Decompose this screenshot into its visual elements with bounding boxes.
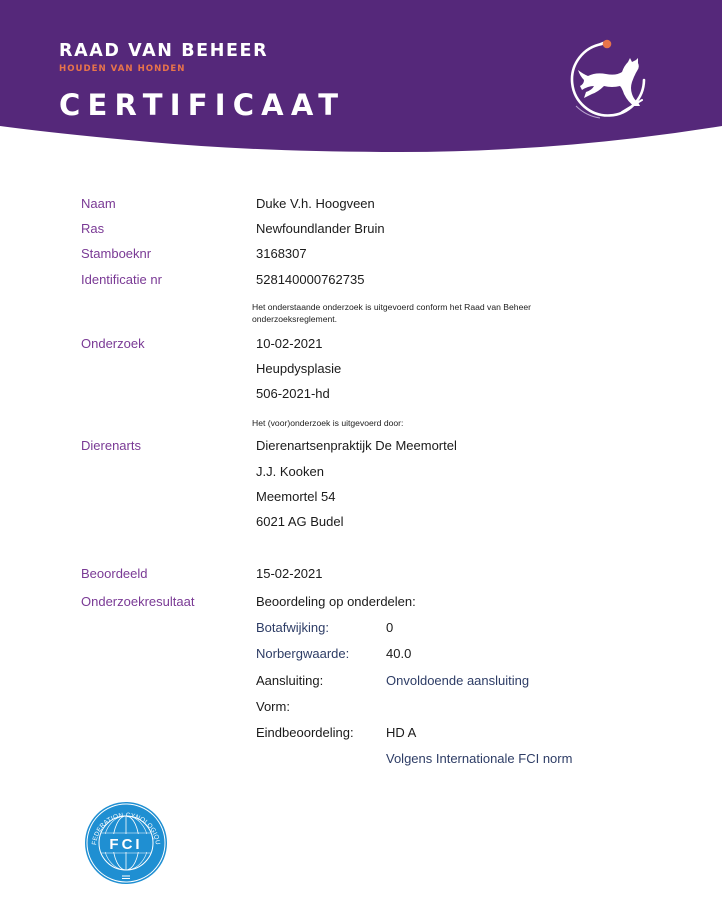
row-examination: Onderzoek 10-02-2021: [0, 335, 722, 355]
examination-reference: 506-2021-hd: [256, 385, 330, 403]
row-veterinarian: Dierenarts Dierenartsenpraktijk De Meemo…: [0, 437, 722, 457]
regulation-note-line2: onderzoeksreglement.: [252, 314, 337, 325]
examination-label: Onderzoek: [81, 335, 145, 353]
organization-tagline: HOUDEN VAN HONDEN: [59, 64, 185, 74]
name-label: Naam: [81, 195, 116, 213]
examination-date: 10-02-2021: [256, 335, 323, 353]
fci-seal-icon: FCI FEDERATION CYNOLOGIQUE INTERNATIONAL…: [84, 801, 168, 885]
bone-deviation-label: Botafwijking:: [256, 619, 329, 637]
assessment-item: Eindbeoordeling: HD A: [0, 724, 722, 744]
row-veterinarian-address: Meemortel 54: [0, 488, 722, 508]
dog-breed: Newfoundlander Bruin: [256, 220, 385, 238]
fci-norm-note: Volgens Internationale FCI norm: [386, 750, 572, 768]
assessed-label: Beoordeeld: [81, 565, 148, 583]
veterinarian-name: J.J. Kooken: [256, 463, 324, 481]
final-assessment-label: Eindbeoordeling:: [256, 724, 354, 742]
document-title: CERTIFICAAT: [59, 88, 345, 122]
norberg-value: 40.0: [386, 645, 411, 663]
dog-name: Duke V.h. Hoogveen: [256, 195, 375, 213]
studbook-label: Stamboeknr: [81, 245, 151, 263]
svg-text:FCI: FCI: [109, 836, 142, 853]
final-assessment-value: HD A: [386, 724, 416, 742]
row-examination-type: Heupdysplasie: [0, 360, 722, 380]
veterinarian-label: Dierenarts: [81, 437, 141, 455]
veterinarian-postal-city: 6021 AG Budel: [256, 513, 343, 531]
congruence-value: Onvoldoende aansluiting: [386, 672, 529, 690]
row-assessed: Beoordeeld 15-02-2021: [0, 565, 722, 585]
result-label: Onderzoekresultaat: [81, 593, 194, 611]
assessment-item: Vorm:: [0, 698, 722, 718]
veterinarian-address: Meemortel 54: [256, 488, 335, 506]
shape-label: Vorm:: [256, 698, 290, 716]
row-breed: Ras Newfoundlander Bruin: [0, 220, 722, 240]
certificate-header: RAAD VAN BEHEER HOUDEN VAN HONDEN CERTIF…: [0, 0, 722, 170]
assessment-item: Aansluiting: Onvoldoende aansluiting: [0, 672, 722, 692]
norberg-label: Norbergwaarde:: [256, 645, 349, 663]
identification-label: Identificatie nr: [81, 271, 162, 289]
row-norm-note: Volgens Internationale FCI norm: [0, 750, 722, 770]
identification-number: 528140000762735: [256, 271, 364, 289]
bone-deviation-value: 0: [386, 619, 393, 637]
leaping-dog-logo-icon: [566, 36, 652, 122]
row-examination-reference: 506-2021-hd: [0, 385, 722, 405]
assessment-item: Botafwijking: 0: [0, 619, 722, 639]
breed-label: Ras: [81, 220, 104, 238]
parts-heading: Beoordeling op onderdelen:: [256, 593, 416, 611]
row-veterinarian-city: 6021 AG Budel: [0, 513, 722, 533]
performed-by-note: Het (voor)onderzoek is uitgevoerd door:: [252, 418, 403, 429]
row-studbook: Stamboeknr 3168307: [0, 245, 722, 265]
row-veterinarian-name: J.J. Kooken: [0, 463, 722, 483]
congruence-label: Aansluiting:: [256, 672, 323, 690]
regulation-note-line1: Het onderstaande onderzoek is uitgevoerd…: [252, 302, 531, 313]
assessed-date: 15-02-2021: [256, 565, 323, 583]
veterinarian-practice: Dierenartsenpraktijk De Meemortel: [256, 437, 457, 455]
examination-type: Heupdysplasie: [256, 360, 341, 378]
organization-name: RAAD VAN BEHEER: [59, 41, 268, 61]
row-result: Onderzoekresultaat Beoordeling op onderd…: [0, 593, 722, 613]
row-name: Naam Duke V.h. Hoogveen: [0, 195, 722, 215]
assessment-item: Norbergwaarde: 40.0: [0, 645, 722, 665]
studbook-number: 3168307: [256, 245, 307, 263]
row-identification: Identificatie nr 528140000762735: [0, 271, 722, 291]
